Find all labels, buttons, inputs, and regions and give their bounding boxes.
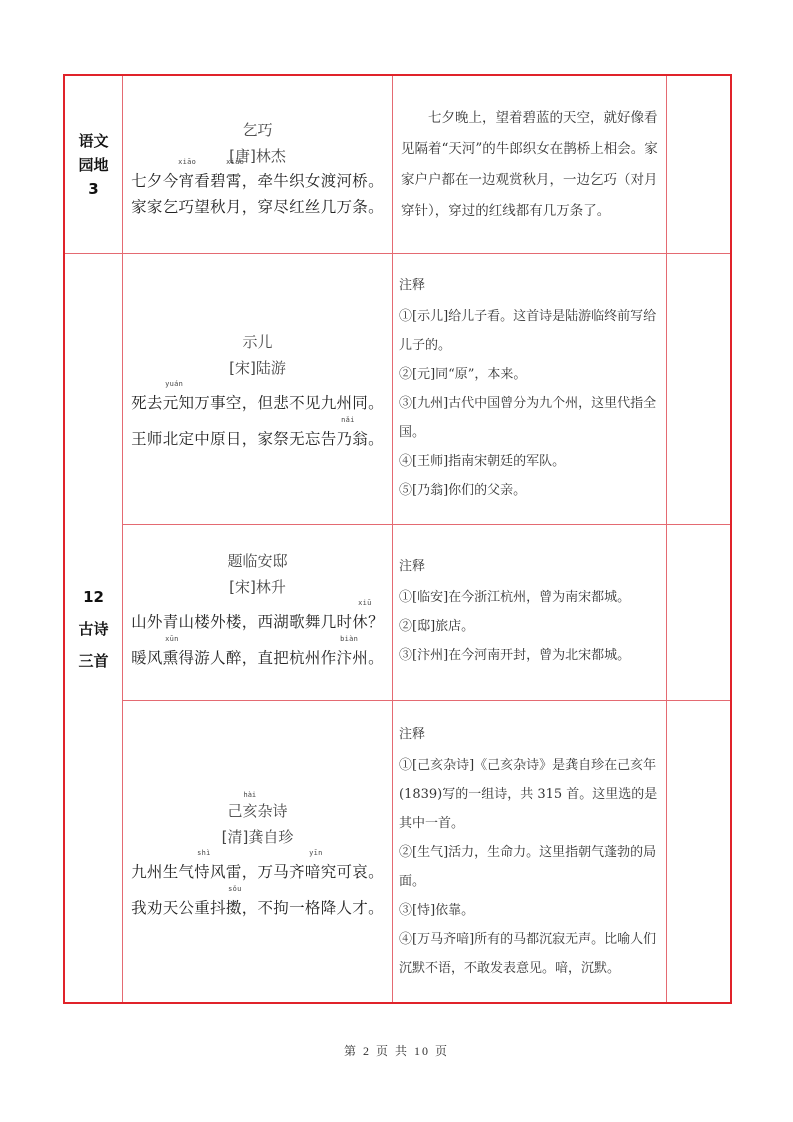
note-item: ③[恃]依靠。	[399, 896, 658, 925]
poem-title-text: 己亥杂诗	[227, 802, 287, 820]
poem-line-text: 王师北定中原日，家祭无忘告乃翁。	[131, 430, 384, 448]
poem-line: xiū 山外青山楼外楼，西湖歌舞几时休？	[131, 610, 384, 634]
unit-label-line: 古诗	[78, 617, 108, 641]
poem-shier: 示儿 [宋]陆游 yuán 死去元知万事空，但悲不见九州同。 nǎi 王师北定中…	[123, 254, 392, 524]
poem-qiqiao: 乞巧 [唐]林杰 xiāo xiāo 七夕今宵看碧霄，牵牛织女渡河桥。 家家乞巧…	[123, 76, 392, 253]
note-item: ②[邸]旅店。	[399, 612, 658, 641]
poem-notes: 注释 ①[临安]在今浙江杭州，曾为南宋都城。 ②[邸]旅店。 ③[汴州]在今河南…	[393, 525, 666, 700]
note-item: ③[汴州]在今河南开封，曾为北宋都城。	[399, 641, 658, 670]
page-number-footer: 第 2 页 共 10 页	[0, 1042, 793, 1059]
note-item: ①[示儿]给儿子看。这首诗是陆游临终前写给儿子的。	[399, 302, 658, 360]
poem-title: 乞巧	[242, 119, 272, 141]
poem-title: hài 己亥杂诗	[227, 800, 287, 822]
pinyin-annotation: hài	[243, 791, 256, 799]
note-item: ③[九州]古代中国曾分为九个州，这里代指全国。	[399, 389, 658, 447]
poem-line-text: 暖风熏得游人醉，直把杭州作汴州。	[131, 649, 384, 667]
unit-label-garden-3: 语文 园地 3	[65, 76, 122, 253]
note-item: ⑤[乃翁]你们的父亲。	[399, 476, 658, 505]
unit-label-line: 三首	[78, 649, 108, 673]
poem-line-text: 山外青山楼外楼，西湖歌舞几时休？	[131, 613, 384, 631]
unit-label-line: 园地	[78, 153, 108, 177]
unit-label-lesson-12: 12 古诗 三首	[65, 254, 122, 1004]
poem-jihai-zashi: hài 己亥杂诗 [清]龚自珍 shì yīn 九州生气恃风雷，万马齐喑究可哀。…	[123, 701, 392, 1004]
pinyin-annotation: nǎi	[341, 416, 355, 424]
poem-line: xiāo xiāo 七夕今宵看碧霄，牵牛织女渡河桥。	[131, 169, 384, 193]
pinyin-annotation: xiū	[358, 599, 372, 607]
pinyin-annotation: biàn	[340, 635, 358, 643]
unit-label-line: 12	[83, 585, 104, 609]
poem-line-text: 我劝天公重抖擞，不拘一格降人才。	[131, 899, 384, 917]
notes-heading: 注释	[399, 555, 658, 579]
note-item: ①[己亥杂诗]《己亥杂诗》是龚自珍在己亥年(1839)写的一组诗，共 315 首…	[399, 751, 658, 838]
pinyin-annotation: sǒu	[228, 885, 242, 893]
poem-line-text: 九州生气恃风雷，万马齐喑究可哀。	[131, 863, 384, 881]
poem-table: 语文 园地 3 乞巧 [唐]林杰 xiāo xiāo 七夕今宵看碧霄，牵牛织女渡…	[63, 74, 732, 1004]
poem-line-text: 七夕今宵看碧霄，牵牛织女渡河桥。	[131, 172, 384, 190]
poem-author: [宋]林升	[229, 576, 286, 598]
pinyin-annotation: xūn	[165, 635, 179, 643]
note-item: ④[万马齐喑]所有的马都沉寂无声。比喻人们沉默不语，不敢发表意见。喑，沉默。	[399, 925, 658, 983]
poem-line-text: 家家乞巧望秋月，穿尽红丝几万条。	[131, 198, 384, 216]
poem-title: 示儿	[242, 331, 272, 353]
paraphrase-text: 七夕晚上，望着碧蓝的天空，就好像看见隔着“天河”的牛郎织女在鹊桥上相会。家家户户…	[401, 103, 658, 227]
note-item: ②[生气]活力，生命力。这里指朝气蓬勃的局面。	[399, 838, 658, 896]
poem-line: sǒu 我劝天公重抖擞，不拘一格降人才。	[131, 896, 384, 920]
poem-line: nǎi 王师北定中原日，家祭无忘告乃翁。	[131, 427, 384, 451]
unit-label-line: 3	[88, 177, 98, 201]
column-divider	[666, 76, 667, 1002]
notes-heading: 注释	[399, 274, 658, 298]
pinyin-annotation: shì	[197, 849, 211, 857]
notes-heading: 注释	[399, 723, 658, 747]
poem-line-text: 死去元知万事空，但悲不见九州同。	[131, 394, 384, 412]
poem-ti-linan-di: 题临安邸 [宋]林升 xiū 山外青山楼外楼，西湖歌舞几时休？ xūn biàn…	[123, 525, 392, 700]
poem-line: xūn biàn 暖风熏得游人醉，直把杭州作汴州。	[131, 646, 384, 670]
poem-paraphrase: 七夕晚上，望着碧蓝的天空，就好像看见隔着“天河”的牛郎织女在鹊桥上相会。家家户户…	[393, 76, 666, 253]
poem-author: [宋]陆游	[229, 357, 286, 379]
poem-line: 家家乞巧望秋月，穿尽红丝几万条。	[131, 195, 384, 219]
poem-line: shì yīn 九州生气恃风雷，万马齐喑究可哀。	[131, 860, 384, 884]
poem-notes: 注释 ①[己亥杂诗]《己亥杂诗》是龚自珍在己亥年(1839)写的一组诗，共 31…	[393, 701, 666, 1004]
unit-label-line: 语文	[78, 129, 108, 153]
poem-author: [清]龚自珍	[222, 826, 294, 848]
poem-title: 题临安邸	[227, 550, 287, 572]
pinyin-annotation: yuán	[165, 380, 183, 388]
poem-notes: 注释 ①[示儿]给儿子看。这首诗是陆游临终前写给儿子的。 ②[元]同“原”，本来…	[393, 254, 666, 524]
note-item: ④[王师]指南宋朝廷的军队。	[399, 447, 658, 476]
note-item: ②[元]同“原”，本来。	[399, 360, 658, 389]
pinyin-annotation: yīn	[309, 849, 323, 857]
pinyin-annotation: xiāo	[226, 158, 244, 166]
pinyin-annotation: xiāo	[178, 158, 196, 166]
poem-line: yuán 死去元知万事空，但悲不见九州同。	[131, 391, 384, 415]
note-item: ①[临安]在今浙江杭州，曾为南宋都城。	[399, 583, 658, 612]
